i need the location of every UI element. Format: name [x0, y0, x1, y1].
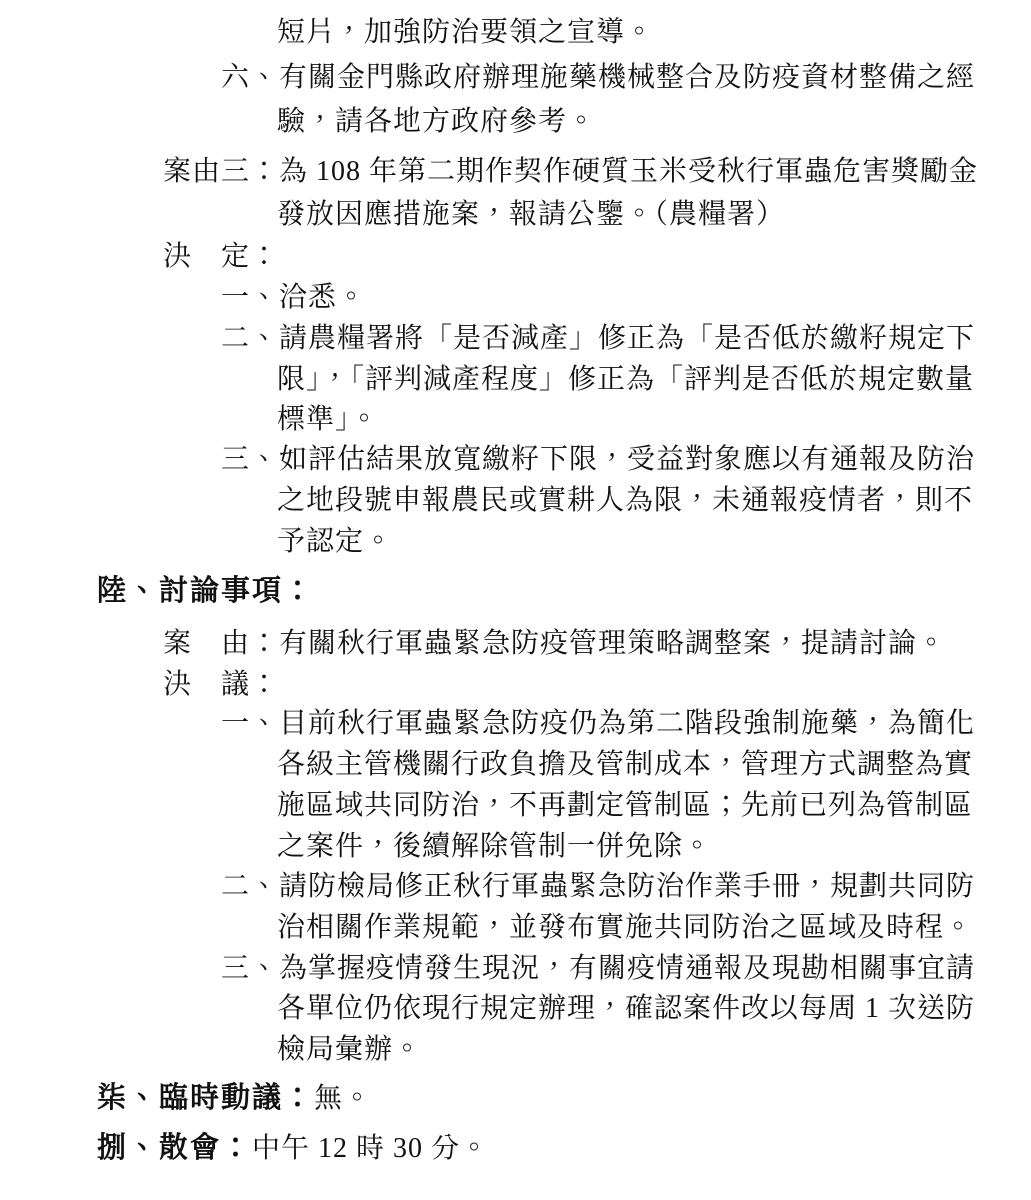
resolution1-line2: 各級主管機關行政負擔及管制成本，管理方式調整為實 [277, 748, 973, 782]
case3-decision3-line1: 三、如評估結果放寬繳籽下限，受益對象應以有通報及防治 [221, 443, 975, 477]
resolution1-line1: 一、目前秋行軍蟲緊急防疫仍為第二階段強制施藥，為簡化 [221, 707, 975, 741]
resolution2-line2: 治相關作業規範，並發布實施共同防治之區域及時程。 [277, 911, 973, 945]
adjournment-label: 捌、散會： [97, 1132, 252, 1164]
adjournment-line: 捌、散會：中午 12 時 30 分。 [97, 1131, 489, 1166]
case3-decision3-line3: 予認定。 [277, 525, 393, 559]
resolution2-line1: 二、請防檢局修正秋行軍蟲緊急防治作業手冊，規劃共同防 [221, 870, 975, 904]
case3-subject-line1: 案由三：為 108 年第二期作契作硬質玉米受秋行軍蟲危害獎勵金 [163, 155, 978, 189]
case3-decision1-line: 一、洽悉。 [221, 281, 366, 315]
case3-decision2-line2: 限」，「評判減產程度」修正為「評判是否低於規定數量 [277, 363, 974, 397]
discussion-section-header: 陸、討論事項： [97, 574, 314, 608]
case3-decision3-line2: 之地段號申報農民或實耕人為限，未通報疫情者，則不 [277, 484, 973, 518]
extempore-motions-value: 無。 [314, 1083, 372, 1114]
report-item6-line1: 六、有關金門縣政府辦理施藥機械整合及防疫資材整備之經 [221, 61, 975, 95]
case3-decision-label: 決 定： [163, 240, 279, 274]
document-page: 短片，加強防治要領之宣導。 六、有關金門縣政府辦理施藥機械整合及防疫資材整備之經… [0, 0, 1031, 1200]
report-item5-continuation-line: 短片，加強防治要領之宣導。 [277, 16, 654, 50]
resolution1-line4: 之案件，後續解除管制一併免除。 [277, 830, 712, 864]
adjournment-value: 中午 12 時 30 分。 [252, 1133, 489, 1164]
discussion-resolution-label: 決 議： [163, 668, 279, 702]
resolution3-line3: 檢局彙辦。 [277, 1033, 422, 1067]
extempore-motions-label: 柒、臨時動議： [97, 1082, 314, 1114]
case3-subject-line2: 發放因應措施案，報請公鑒。（農糧署） [277, 198, 785, 232]
discussion-subject-line: 案 由：有關秋行軍蟲緊急防疫管理策略調整案，提請討論。 [163, 627, 946, 661]
case3-decision2-line1: 二、請農糧署將「是否減產」修正為「是否低於繳籽規定下 [221, 322, 975, 356]
extempore-motions-line: 柒、臨時動議：無。 [97, 1081, 372, 1116]
resolution3-line2: 各單位仍依現行規定辦理，確認案件改以每周 1 次送防 [277, 992, 975, 1026]
resolution1-line3: 施區域共同防治，不再劃定管制區；先前已列為管制區 [277, 789, 973, 823]
resolution3-line1: 三、為掌握疫情發生現況，有關疫情通報及現勘相關事宜請 [221, 952, 975, 986]
report-item6-line2: 驗，請各地方政府參考。 [277, 105, 596, 139]
case3-decision2-line3: 標準」。 [277, 403, 379, 437]
